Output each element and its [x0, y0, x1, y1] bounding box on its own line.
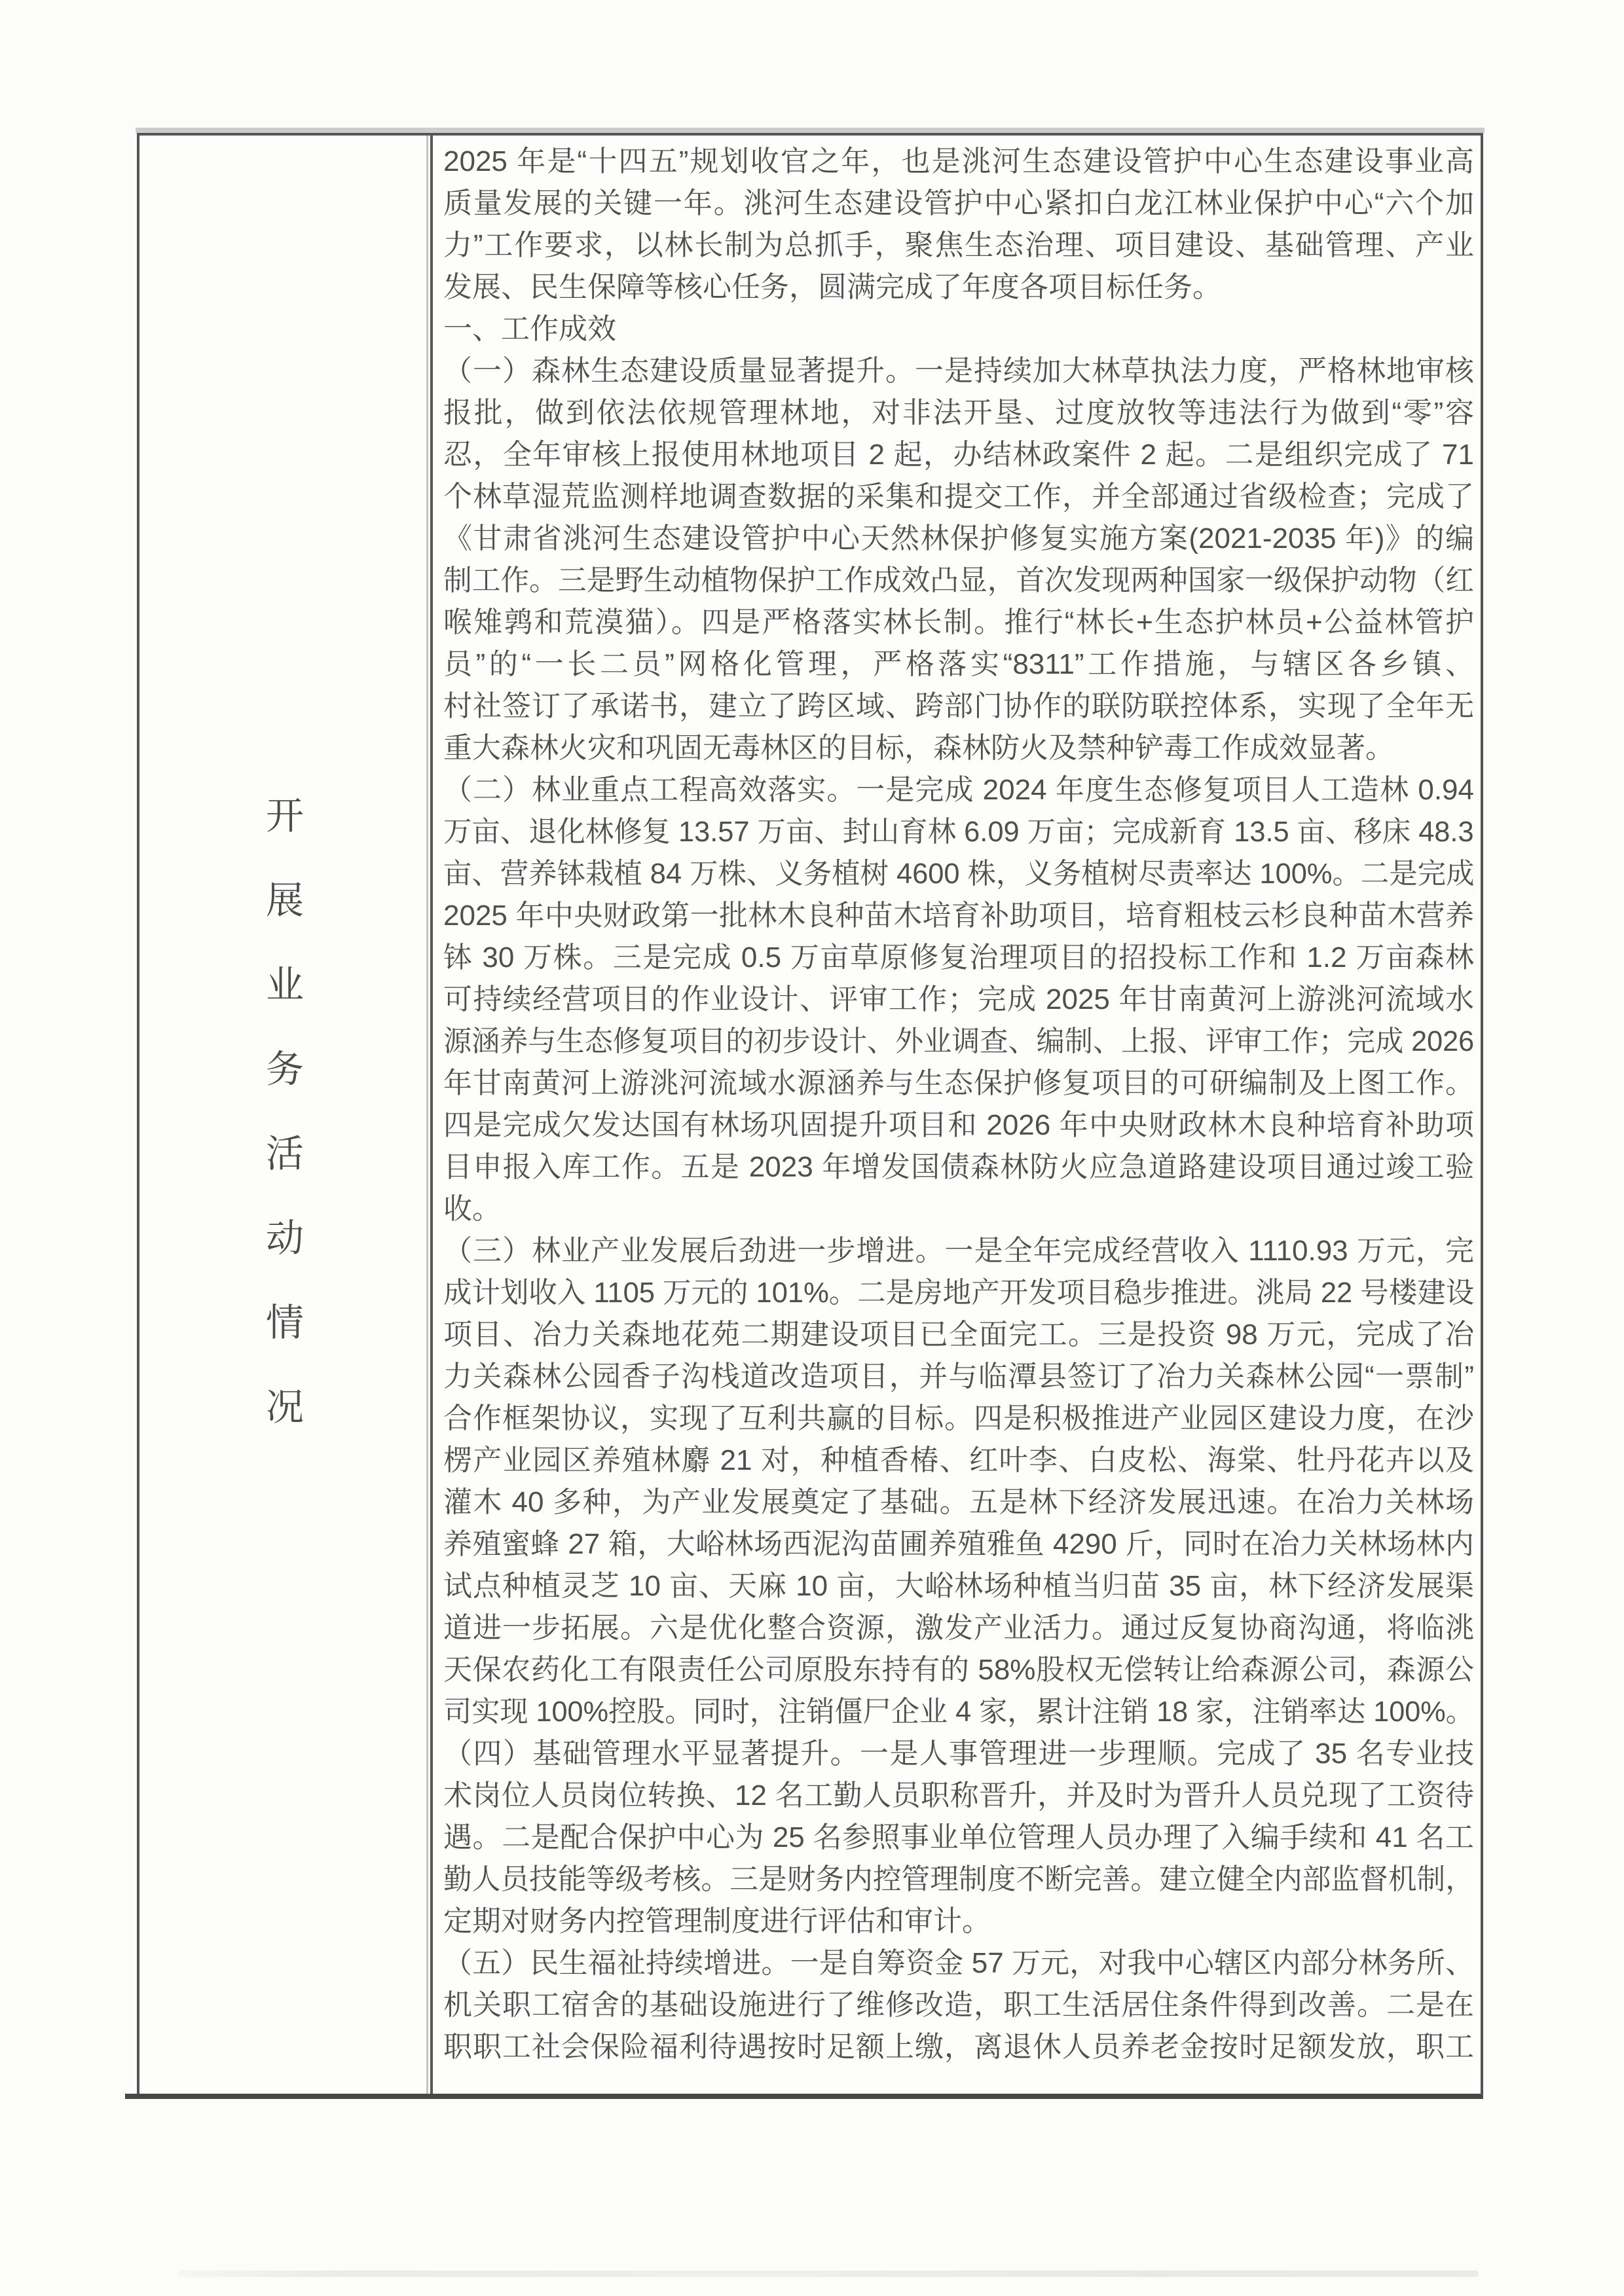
body-line: 重大森林火灾和巩固无毒林区的目标，森林防火及禁种铲毒工作成效显著。 — [443, 727, 1474, 769]
body-line: 质量发展的关键一年。洮河生态建设管护中心紧扣白龙江林业保护中心“六个加 — [443, 183, 1474, 225]
body-line: 万亩、退化林修复 13.57 万亩、封山育林 6.09 万亩；完成新育 13.5… — [443, 811, 1459, 853]
body-line: 司实现 100%控股。同时，注销僵尸企业 4 家，累计注销 18 家，注销率达 … — [443, 1691, 1455, 1733]
body-line: 发展、民生保障等核心任务，圆满完成了年度各项目标任务。 — [443, 266, 1474, 308]
body-line: 四是完成欠发达国有林场巩固提升项目和 2026 年中央财政林木良种培育补助项 — [443, 1104, 1474, 1146]
body-line: 养殖蜜蜂 27 箱，大峪林场西泥沟苗圃养殖雅鱼 4290 斤，同时在冶力关林场林… — [443, 1523, 1474, 1565]
body-line: 收。 — [443, 1188, 1474, 1230]
body-line: 钵 30 万株。三是完成 0.5 万亩草原修复治理项目的招投标工作和 1.2 万… — [443, 937, 1474, 979]
label-char: 业 — [266, 965, 304, 1005]
page-break-scan-artifact — [178, 2270, 1479, 2277]
body-line: 亩、营养钵栽植 84 万株、义务植树 4600 株，义务植树尽责率达 100%。… — [443, 853, 1460, 895]
row-header-vertical-label: 开展业务活动情况 — [139, 796, 430, 1427]
row-header-cell: 开展业务活动情况 — [139, 136, 433, 2094]
body-line: 合作框架协议，实现了互利共赢的目标。四是积极推进产业园区建设力度，在沙 — [443, 1398, 1474, 1440]
body-line: 年甘南黄河上游洮河流域水源涵养与生态保护修复项目的可研编制及上图工作。 — [443, 1063, 1474, 1104]
body-line: （四）基础管理水平显著提升。一是人事管理进一步理顺。完成了 35 名专业技 — [443, 1733, 1474, 1775]
body-line: 源涵养与生态修复项目的初步设计、外业调查、编制、上报、评审工作；完成 2026 — [443, 1021, 1454, 1063]
body-line: 遇。二是配合保护中心为 25 名参照事业单位管理人员办理了入编手续和 41 名工 — [443, 1817, 1474, 1859]
body-line: 术岗位人员岗位转换、12 名工勤人员职称晋升，并及时为晋升人员兑现了工资待 — [443, 1775, 1474, 1817]
body-line: 职职工社会保险福利待遇按时足额上缴，离退休人员养老金按时足额发放，职工 — [443, 2026, 1474, 2068]
body-line: 忍，全年审核上报使用林地项目 2 起，办结林政案件 2 起。二是组织完成了 71 — [443, 434, 1474, 476]
body-line: （五）民生福祉持续增进。一是自筹资金 57 万元，对我中心辖区内部分林务所、 — [443, 1942, 1474, 1984]
body-line: 《甘肃省洮河生态建设管护中心天然林保护修复实施方案(2021-2035 年)》的… — [443, 518, 1474, 560]
body-line: 成计划收入 1105 万元的 101%。二是房地产开发项目稳步推进。洮局 22 … — [443, 1272, 1462, 1314]
label-char: 动 — [266, 1218, 304, 1258]
label-char: 务 — [266, 1049, 304, 1089]
label-char: 况 — [266, 1387, 304, 1427]
body-line: 喉雉鹑和荒漠猫）。四是严格落实林长制。推行“林长+生态护林员+公益林管护 — [443, 602, 1474, 644]
body-line: 道进一步拓展。六是优化整合资源，激发产业活力。通过反复协商沟通，将临洮 — [443, 1607, 1474, 1649]
body-line: 天保农药化工有限责任公司原股东持有的 58%股权无偿转让给森源公司，森源公 — [443, 1649, 1474, 1691]
body-line: 灌木 40 多种，为产业发展奠定了基础。五是林下经济发展迅速。在冶力关林场 — [443, 1482, 1474, 1523]
body-line: 试点种植灵芝 10 亩、天麻 10 亩，大峪林场种植当归苗 35 亩，林下经济发… — [443, 1565, 1474, 1607]
label-char: 开 — [266, 796, 304, 836]
body-line: 员”的“一长二员”网格化管理，严格落实“8311”工作措施，与辖区各乡镇、 — [443, 644, 1474, 685]
body-line: 力”工作要求，以林长制为总抓手，聚焦生态治理、项目建设、基础管理、产业 — [443, 225, 1474, 266]
body-line: 目申报入库工作。五是 2023 年增发国债森林防火应急道路建设项目通过竣工验 — [443, 1146, 1474, 1188]
body-line: 一、工作成效 — [443, 308, 1474, 350]
content-cell: 2025 年是“十四五”规划收官之年，也是洮河生态建设管护中心生态建设事业高质量… — [433, 136, 1481, 2094]
body-line: （三）林业产业发展后劲进一步增进。一是全年完成经营收入 1110.93 万元，完 — [443, 1230, 1474, 1272]
body-line: 个林草湿荒监测样地调查数据的采集和提交工作，并全部通过省级检查；完成了 — [443, 476, 1474, 518]
report-table: 开展业务活动情况 2025 年是“十四五”规划收官之年，也是洮河生态建设管护中心… — [137, 133, 1483, 2099]
label-char: 展 — [266, 881, 304, 920]
body-line: 2025 年中央财政第一批林木良种苗木培育补助项目，培育粗枝云杉良种苗木营养 — [443, 895, 1474, 937]
body-line: 村社签订了承诺书，建立了跨区域、跨部门协作的联防联控体系，实现了全年无 — [443, 685, 1474, 727]
body-line: 项目、冶力关森地花苑二期建设项目已全面完工。三是投资 98 万元，完成了冶 — [443, 1314, 1474, 1356]
body-line: 定期对财务内控管理制度进行评估和审计。 — [443, 1901, 1474, 1942]
body-line: 力关森林公园香子沟栈道改造项目，并与临潭县签订了冶力关森林公园“一票制” — [443, 1356, 1474, 1398]
body-line: （二）林业重点工程高效落实。一是完成 2024 年度生态修复项目人工造林 0.9… — [443, 769, 1474, 811]
scanned-document-page: 开展业务活动情况 2025 年是“十四五”规划收官之年，也是洮河生态建设管护中心… — [0, 0, 1624, 2296]
body-line: 报批，做到依法依规管理林地，对非法开垦、过度放牧等违法行为做到“零”容 — [443, 392, 1474, 434]
label-char: 活 — [266, 1134, 304, 1174]
label-char: 情 — [266, 1303, 304, 1343]
body-line: 楞产业园区养殖林麝 21 对，种植香椿、红叶李、白皮松、海棠、牡丹花卉以及 — [443, 1440, 1474, 1482]
body-line: 机关职工宿舍的基础设施进行了维修改造，职工生活居住条件得到改善。二是在 — [443, 1984, 1474, 2026]
body-line: 勤人员技能等级考核。三是财务内控管理制度不断完善。建立健全内部监督机制， — [443, 1859, 1467, 1901]
body-line: 2025 年是“十四五”规划收官之年，也是洮河生态建设管护中心生态建设事业高 — [443, 141, 1474, 183]
body-line: 可持续经营项目的作业设计、评审工作；完成 2025 年甘南黄河上游洮河流域水 — [443, 979, 1474, 1021]
body-line: （一）森林生态建设质量显著提升。一是持续加大林草执法力度，严格林地审核 — [443, 350, 1474, 392]
body-line: 制工作。三是野生动植物保护工作成效凸显，首次发现两种国家一级保护动物（红 — [443, 560, 1467, 602]
